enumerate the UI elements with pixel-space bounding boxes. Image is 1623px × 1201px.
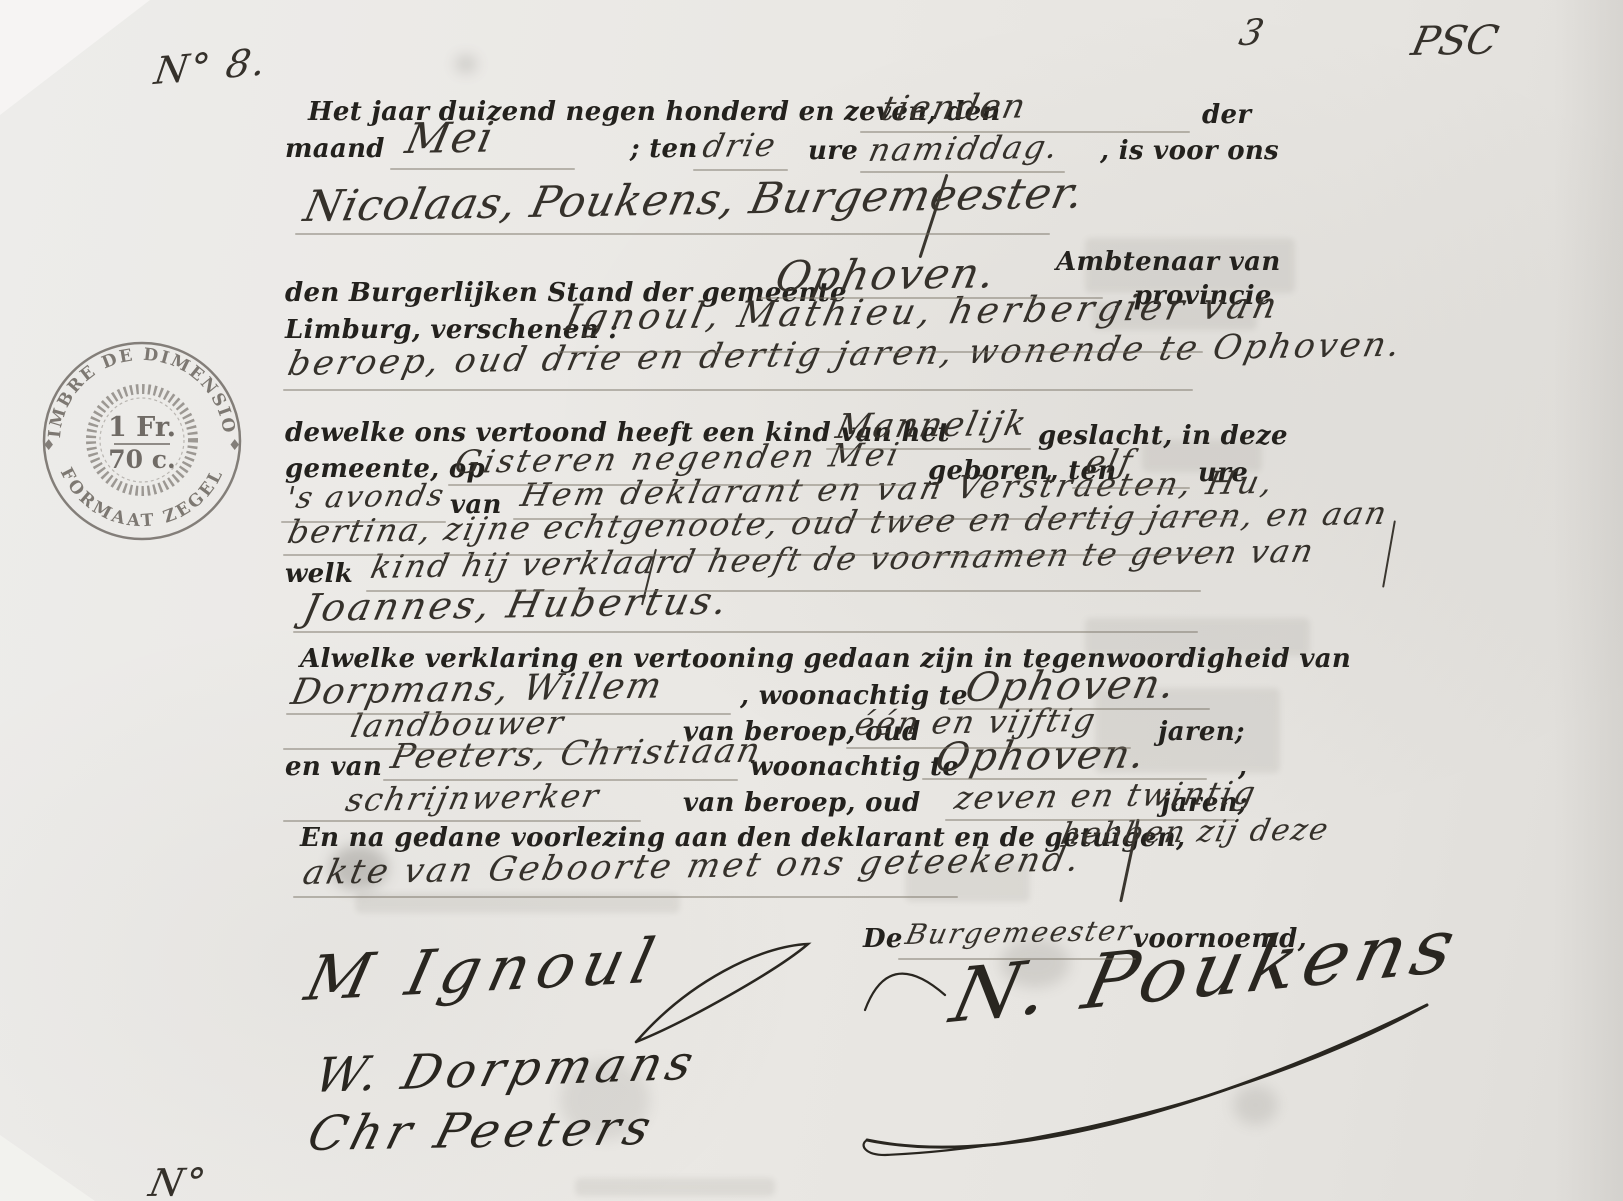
printed-is-voor-ons: , is voor ons bbox=[1100, 138, 1279, 164]
printed-woonachtig-2: woonachtig te bbox=[750, 754, 959, 780]
ruled-line bbox=[283, 748, 638, 750]
ruled-line bbox=[293, 896, 958, 898]
ruled-line bbox=[758, 297, 1103, 299]
signature-mayor-flourish bbox=[835, 935, 1475, 1185]
signature-declarant: M Ignoul bbox=[300, 930, 668, 1010]
printed-ure: ure bbox=[808, 138, 858, 164]
ruled-line bbox=[846, 747, 1131, 749]
ruled-line bbox=[448, 484, 913, 486]
ruled-line bbox=[898, 958, 1136, 960]
revenue-stamp: TIMBRE DE DIMENSION FORMAAT ZEGEL 1 Fr. … bbox=[36, 336, 250, 548]
fill-witness2-occupation: schrijnwerker bbox=[343, 780, 603, 816]
printed-geslacht: geslacht, in deze bbox=[1038, 423, 1288, 449]
stamp-ornament-right: ♦ bbox=[228, 436, 241, 454]
fill-daypart: namiddag. bbox=[866, 131, 1063, 166]
scanned-birth-certificate: TIMBRE DE DIMENSION FORMAAT ZEGEL 1 Fr. … bbox=[0, 0, 1623, 1201]
fill-witness2-age: zeven en twintig bbox=[952, 777, 1260, 814]
signature-witness1: W. Dorpmans bbox=[310, 1039, 703, 1100]
stamp-value-francs: 1 Fr. bbox=[108, 412, 176, 443]
fill-child-names: Joannes, Hubertus. bbox=[300, 582, 734, 627]
ruled-line bbox=[286, 713, 731, 715]
fill-hour: drie bbox=[700, 129, 780, 162]
next-act-number-partial: N° bbox=[146, 1163, 211, 1201]
printed-jaren-1: jaren; bbox=[1158, 719, 1245, 745]
ruled-line bbox=[366, 590, 1201, 592]
stamp-bottom-text: FORMAAT ZEGEL bbox=[56, 465, 228, 532]
fill-witness2-name: Peeters, Christiaan bbox=[388, 734, 765, 774]
ruled-line bbox=[295, 233, 1050, 235]
ruled-line bbox=[283, 820, 641, 822]
ruled-line bbox=[826, 448, 1031, 450]
ruled-line bbox=[283, 554, 1218, 556]
fill-daypart-2: 's avonds bbox=[283, 481, 448, 514]
svg-text:FORMAAT ZEGEL: FORMAAT ZEGEL bbox=[56, 465, 228, 532]
fill-witness2-place: Ophoven. bbox=[932, 734, 1150, 778]
ruled-line bbox=[1072, 487, 1190, 489]
printed-der: der bbox=[1202, 102, 1251, 128]
ruled-line bbox=[945, 819, 1235, 821]
ruled-line bbox=[513, 518, 1238, 520]
clerk-paraph: PSC bbox=[1408, 21, 1502, 62]
fill-official-name: Nicolaas, Poukens, Burgemeester. bbox=[300, 172, 1088, 229]
printed-alwelke: Alwelke verklaring en vertooning gedaan … bbox=[300, 646, 1351, 672]
page-corner-bottom-left bbox=[0, 1135, 95, 1201]
fill-closing: hebben zij deze bbox=[1058, 815, 1332, 850]
ruled-line bbox=[922, 778, 1207, 780]
printed-ambtenaar: Ambtenaar van bbox=[1056, 249, 1281, 275]
printed-beroep-2: van beroep, oud bbox=[683, 790, 920, 816]
fill-day: tienden bbox=[878, 89, 1030, 126]
signature-witness2: Chr Peeters bbox=[303, 1104, 661, 1158]
ruled-line bbox=[293, 631, 1198, 633]
fill-month: Mei bbox=[402, 116, 499, 160]
printed-ten: ; ten bbox=[630, 136, 698, 162]
stamp-value-centimes: 70 c. bbox=[108, 445, 175, 474]
printed-maand: maand bbox=[285, 136, 385, 162]
bleed-through bbox=[575, 1178, 775, 1196]
ink-stain bbox=[455, 55, 477, 73]
page-corner-top-left bbox=[0, 0, 150, 115]
act-number: N° 8. bbox=[152, 43, 270, 90]
page-number: 3 bbox=[1236, 16, 1269, 52]
ruled-line bbox=[383, 779, 738, 781]
ruled-line bbox=[281, 521, 446, 523]
ruled-line bbox=[283, 389, 1193, 391]
ruled-line bbox=[860, 171, 1065, 173]
ruled-line bbox=[390, 168, 575, 170]
printed-welk: welk bbox=[285, 561, 353, 587]
ruled-line bbox=[558, 351, 1203, 353]
ruled-line bbox=[948, 708, 1210, 710]
printed-en-van: en van bbox=[285, 754, 382, 780]
ruled-line bbox=[693, 169, 788, 171]
page-edge-shadow bbox=[1553, 0, 1623, 1201]
stamp-ornament-left: ♦ bbox=[42, 436, 55, 454]
ruled-line bbox=[860, 131, 1190, 133]
pen-flourish bbox=[1382, 520, 1396, 587]
